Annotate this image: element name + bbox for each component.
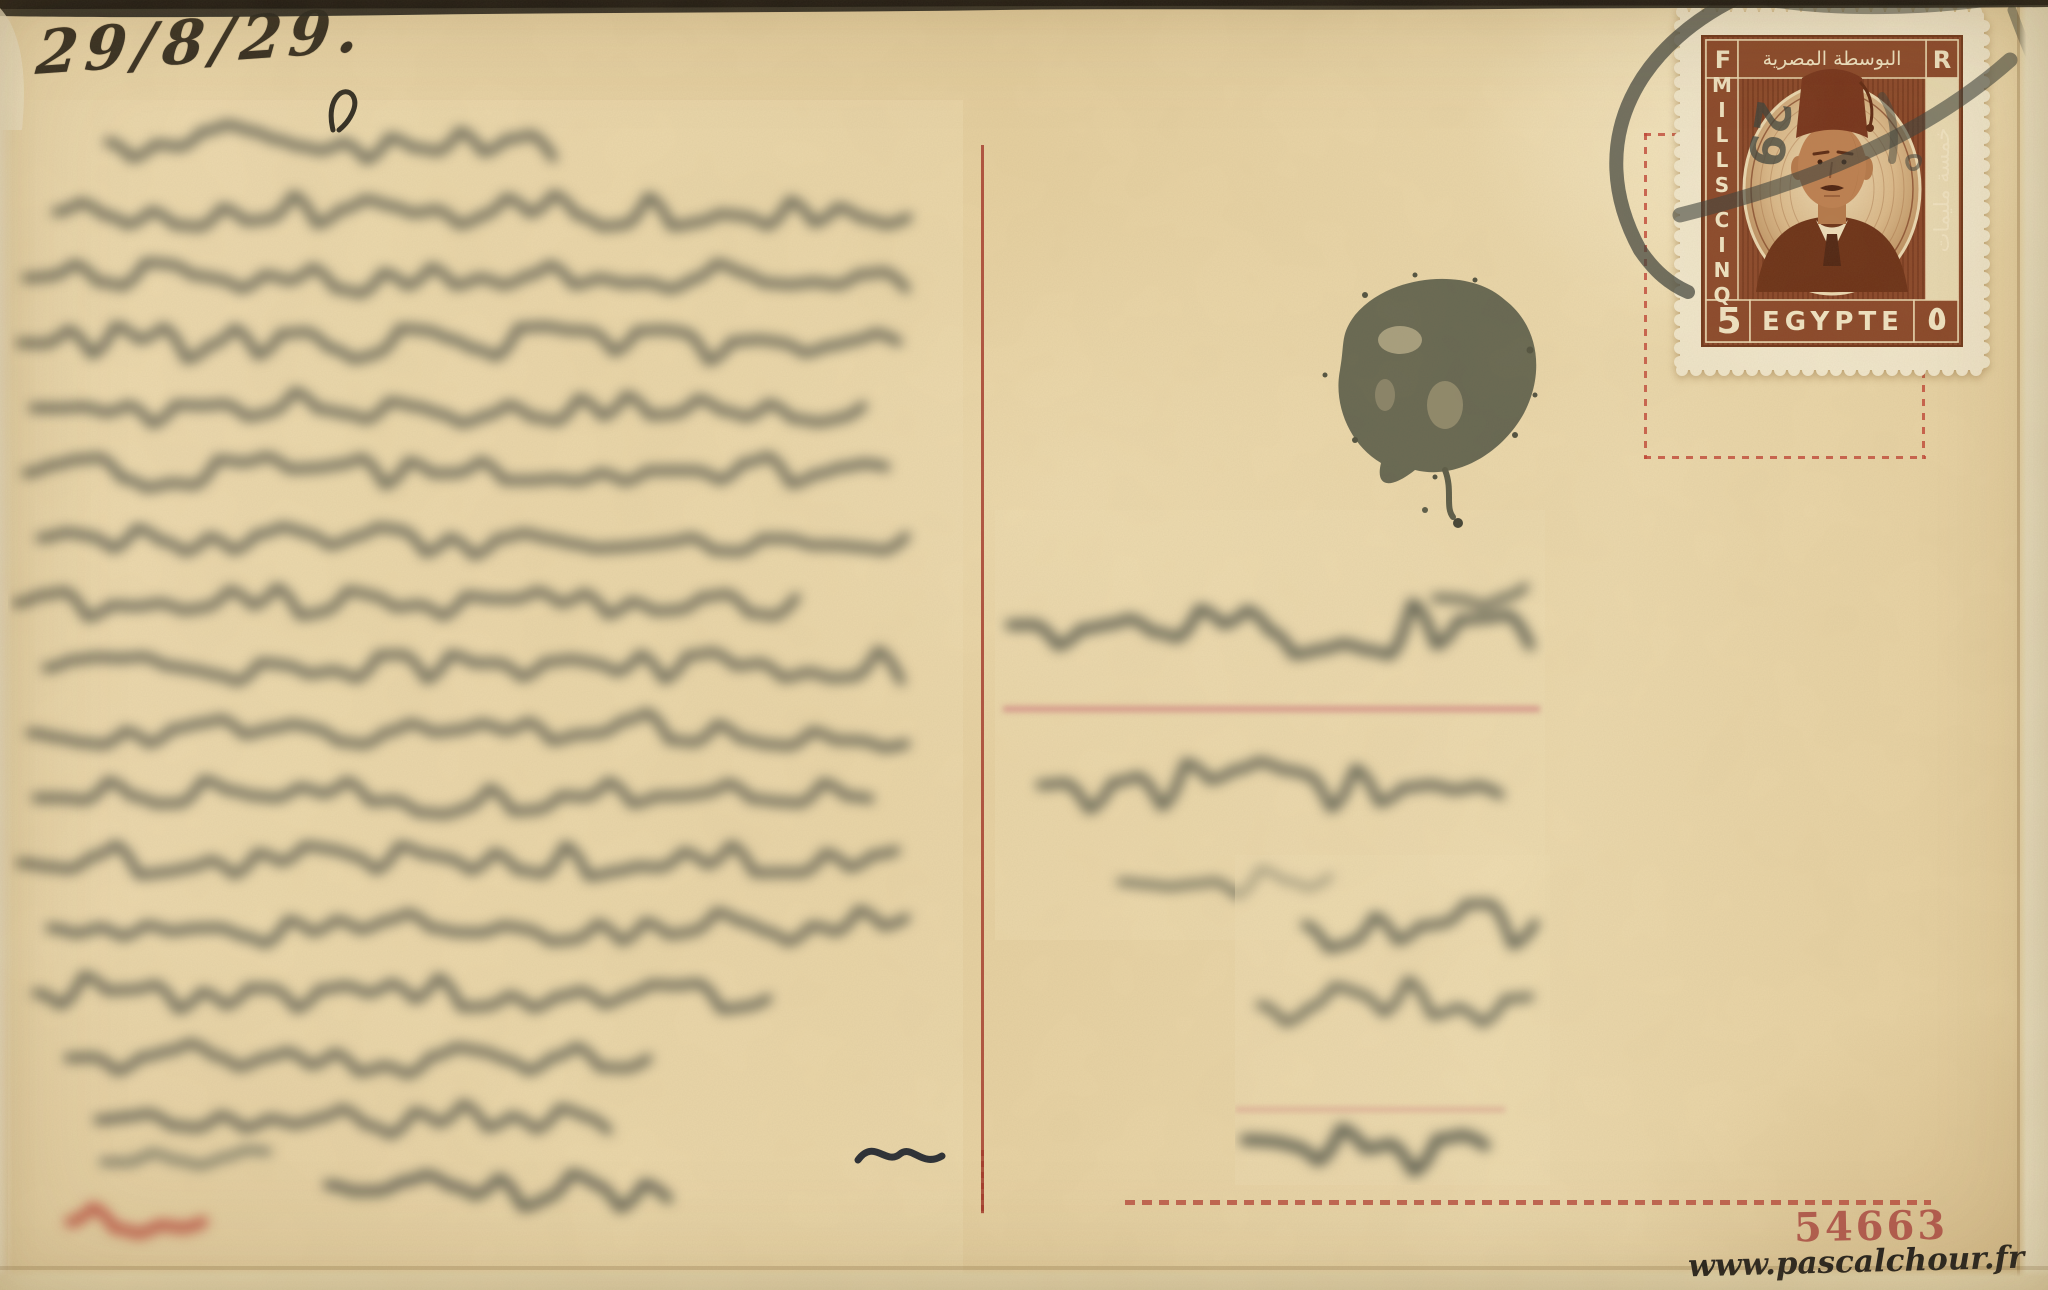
card-left-edge xyxy=(0,0,13,1290)
card-right-crease xyxy=(2017,0,2020,1290)
stamp-value-word-mills: MILLS xyxy=(1710,73,1734,198)
card-top-left-corner xyxy=(0,8,34,138)
card-right-edge xyxy=(2018,0,2048,1290)
stamp-letter-r: R xyxy=(1928,44,1956,76)
message-handwriting-blurred xyxy=(8,100,963,1278)
pen-stroke xyxy=(315,78,375,138)
address-blur-region-lower xyxy=(1235,855,1550,1185)
ink-smudge xyxy=(1295,255,1565,535)
message-blur-region xyxy=(8,100,963,1278)
stamp-numeral: 5 xyxy=(1708,300,1750,342)
stamp-country: EGYPTE xyxy=(1752,302,1914,342)
stamp-letter-f: F xyxy=(1708,44,1738,76)
address-flourish-blurred xyxy=(1235,855,1550,1185)
stamp-value-vertical: MILLS CINQ xyxy=(1706,82,1738,298)
stamp-arabic-value: خمسة مليمات xyxy=(1926,82,1958,298)
postcard-scan: F R البوسطة المصرية MILLS CINQ خمسة مليم… xyxy=(0,0,2048,1290)
stamp-box-left-dashed xyxy=(1644,133,1647,459)
stamp-arabic-numeral: ٥ xyxy=(1916,298,1958,340)
ink-flourish xyxy=(852,1126,962,1186)
center-divider-line-end xyxy=(981,1150,984,1214)
scan-top-edge xyxy=(0,0,2048,26)
stamp-box-bottom-dashed xyxy=(1644,456,1926,459)
stamp-value-word-cinq: CINQ xyxy=(1710,208,1734,308)
stamp-arabic-header: البوسطة المصرية xyxy=(1740,42,1924,76)
center-divider-line xyxy=(981,145,984,1213)
stamp: F R البوسطة المصرية MILLS CINQ خمسة مليم… xyxy=(1672,4,1992,378)
